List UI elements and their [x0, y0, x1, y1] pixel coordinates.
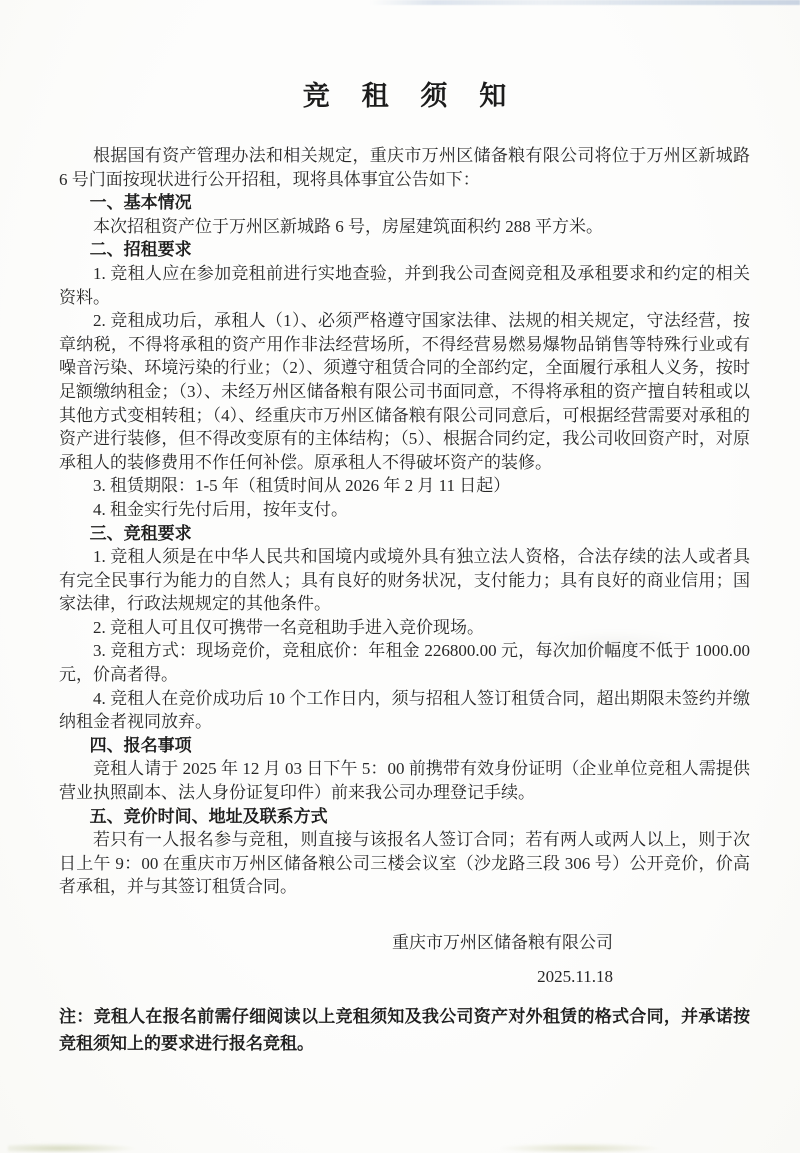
leasing-requirements-item-3: 3. 租赁期限：1-5 年（租赁时间从 2026 年 2 月 11 日起） — [59, 474, 750, 498]
basic-info-paragraph: 本次招租资产位于万州区新城路 6 号，房屋建筑面积约 288 平方米。 — [59, 215, 750, 239]
bidding-requirements-item-2: 2. 竞租人可且仅可携带一名竞租助手进入竞价现场。 — [59, 616, 750, 640]
document-content: 竞租须知 根据国有资产管理办法和相关规定，重庆市万州区储备粮有限公司将位于万州区… — [59, 0, 750, 1057]
intro-paragraph: 根据国有资产管理办法和相关规定，重庆市万州区储备粮有限公司将位于万州区新城路 6… — [59, 144, 750, 191]
leasing-requirements-item-2: 2. 竞租成功后，承租人（1）、必须严格遵守国家法律、法规的相关规定，守法经营，… — [59, 309, 750, 474]
signature-block: 重庆市万州区储备粮有限公司 2025.11.18 — [59, 931, 750, 988]
note-paragraph: 注：竞租人在报名前需仔细阅读以上竞租须知及我公司资产对外租赁的格式合同，并承诺按… — [59, 1003, 750, 1057]
document-page: 竞租须知 根据国有资产管理办法和相关规定，重庆市万州区储备粮有限公司将位于万州区… — [0, 0, 800, 1153]
scan-artifact-bottom-left — [8, 1143, 138, 1152]
signature-company: 重庆市万州区储备粮有限公司 — [59, 931, 613, 955]
bidding-requirements-item-4: 4. 竞租人在竞价成功后 10 个工作日内，须与招租人签订租赁合同，超出期限未签… — [59, 687, 750, 734]
document-title: 竞租须知 — [59, 80, 750, 112]
bidding-requirements-item-1: 1. 竞租人须是在中华人民共和国境内或境外具有独立法人资格，合法存续的法人或者具… — [59, 545, 750, 616]
leasing-requirements-item-4: 4. 租金实行先付后用，按年支付。 — [59, 498, 750, 522]
scan-artifact-bottom-center — [498, 1143, 663, 1152]
registration-paragraph: 竞租人请于 2025 年 12 月 03 日下午 5：00 前携带有效身份证明（… — [59, 757, 750, 804]
section-heading-leasing-requirements: 二、招租要求 — [59, 238, 750, 262]
section-heading-bidding-time-address: 五、竞价时间、地址及联系方式 — [59, 805, 750, 829]
section-heading-registration: 四、报名事项 — [59, 734, 750, 758]
section-heading-basic-info: 一、基本情况 — [59, 191, 750, 215]
leasing-requirements-item-1: 1. 竞租人应在参加竞租前进行实地查验，并到我公司查阅竞租及承租要求和约定的相关… — [59, 262, 750, 309]
section-heading-bidding-requirements: 三、竞租要求 — [59, 522, 750, 546]
signature-date: 2025.11.18 — [59, 965, 613, 989]
bidding-requirements-item-3: 3. 竞租方式：现场竞价，竞租底价：年租金 226800.00 元，每次加价幅度… — [59, 639, 750, 686]
bidding-time-address-paragraph: 若只有一人报名参与竞租，则直接与该报名人签订合同；若有两人或两人以上，则于次日上… — [59, 828, 750, 899]
